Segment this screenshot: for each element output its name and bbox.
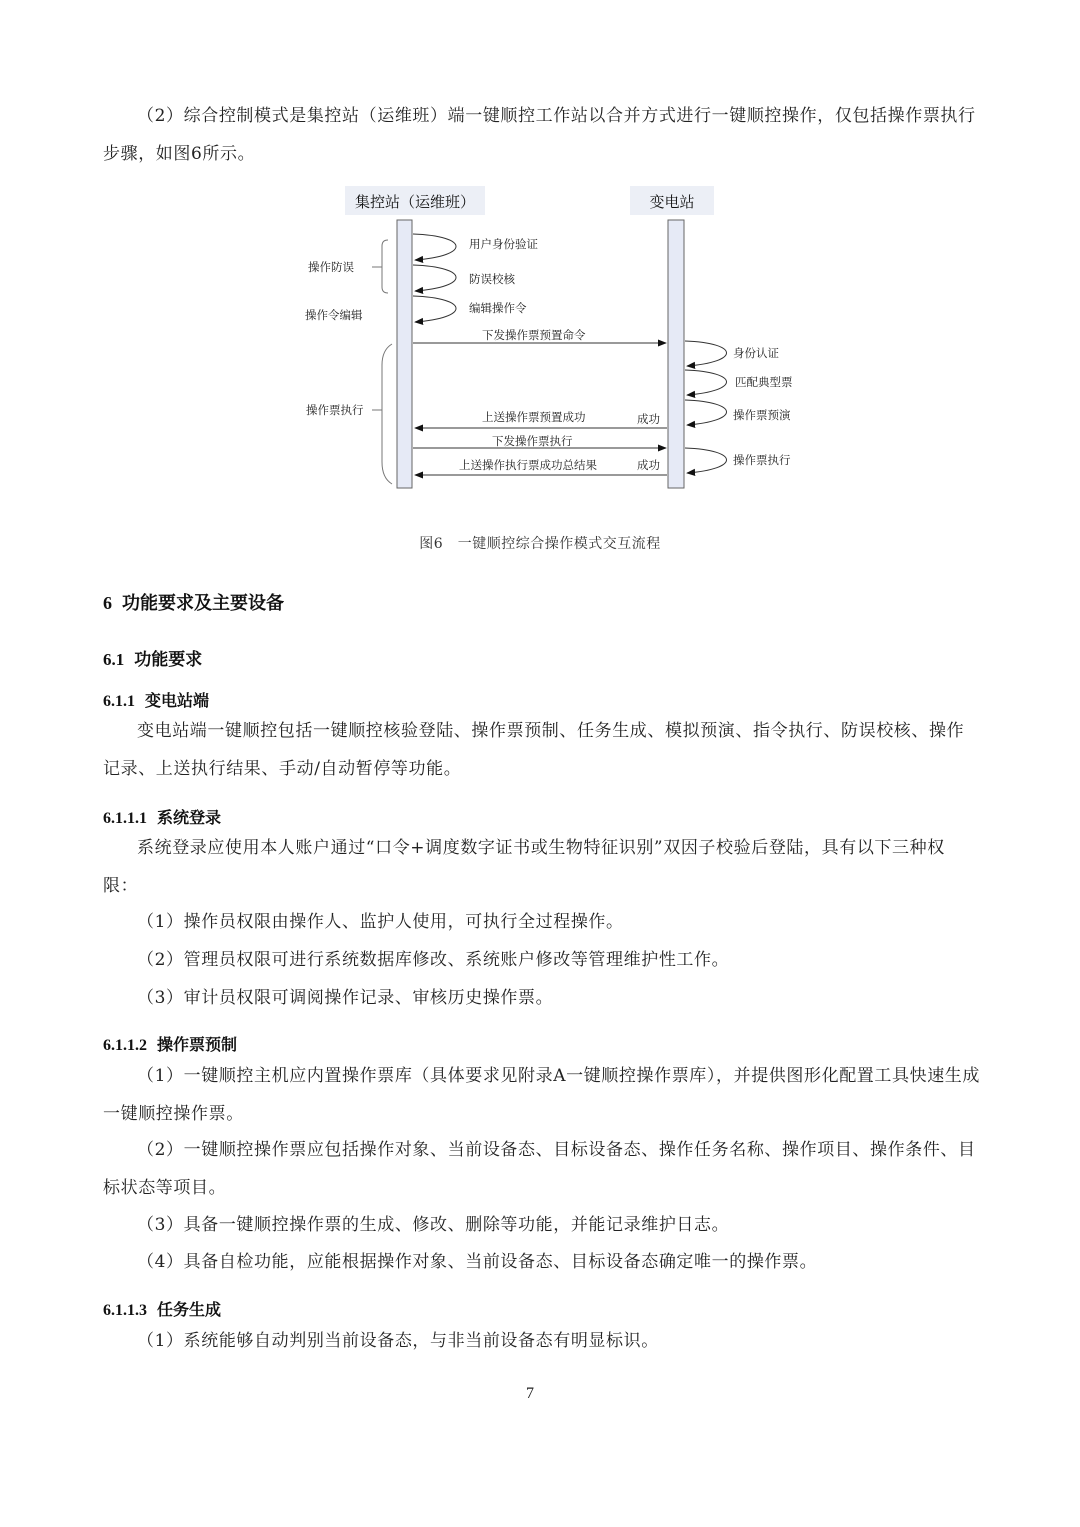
msg-send-execute: 下发操作票执行 (492, 434, 573, 448)
self-msg-mistake-check: 防误校核 (469, 272, 515, 286)
preset-item: （1）一键顺控主机应内置操作票库（具体要求见附录A一键顺控操作票库），并提供图形… (103, 1057, 980, 1133)
section-number: 6.1.1.1 (103, 810, 147, 827)
lifeline-label-control-center: 集控站（运维班） (355, 193, 475, 211)
section-6-1-1-3-heading: 6.1.1.3任务生成 (103, 1297, 221, 1320)
msg-preset-success: 上送操作票预置成功 (482, 410, 586, 424)
figure-caption: 图6 一键顺控综合操作模式交互流程 (0, 533, 1080, 553)
self-msg-user-auth: 用户身份验证 (469, 237, 538, 251)
permission-item: （2）管理员权限可进行系统数据库修改、系统账户修改等管理维护性工作。 (103, 941, 980, 979)
section-title: 操作票预制 (157, 1035, 237, 1054)
section-title: 功能要求 (134, 650, 202, 670)
self-arrow-mistake-check (413, 265, 456, 291)
section-title: 功能要求及主要设备 (122, 593, 284, 614)
self-arrow-ticket-rehearsal (685, 400, 727, 425)
group-label-ticket-execution: 操作票执行 (306, 403, 364, 417)
task-item: （1）系统能够自动判别当前设备态，与非当前设备态有明显标识。 (103, 1322, 980, 1360)
sequence-diagram: 集控站（运维班） 变电站 操作防误 操作令编辑 操作票执行 用户身份验证 防误校… (0, 0, 1080, 520)
section-6-1-1-2-heading: 6.1.1.2操作票预制 (103, 1032, 237, 1055)
section-title: 变电站端 (145, 691, 209, 710)
section-6-1-1-paragraph: 变电站端一键顺控包括一键顺控核验登陆、操作票预制、任务生成、模拟预演、指令执行、… (103, 712, 980, 788)
self-msg-ticket-rehearsal: 操作票预演 (733, 408, 792, 422)
lifeline-label-substation: 变电站 (649, 193, 694, 211)
self-arrow-identity (685, 341, 727, 366)
group-label-command-edit: 操作令编辑 (305, 308, 363, 322)
section-number: 6.1.1.3 (103, 1302, 147, 1319)
msg-status-success-1: 成功 (637, 412, 660, 426)
section-6-1-1-1-paragraph: 系统登录应使用本人账户通过“口令+调度数字证书或生物特征识别”双因子校验后登陆，… (103, 829, 980, 905)
self-msg-ticket-execute: 操作票执行 (733, 453, 791, 467)
section-number: 6.1.1.2 (103, 1037, 147, 1054)
preset-item: （3）具备一键顺控操作票的生成、修改、删除等功能，并能记录维护日志。 (103, 1206, 980, 1244)
lifeline-bar-substation (668, 220, 684, 488)
msg-status-success-2: 成功 (637, 458, 660, 472)
section-number: 6.1 (103, 650, 124, 669)
preset-item: （2）一键顺控操作票应包括操作对象、当前设备态、目标设备态、操作任务名称、操作项… (103, 1131, 980, 1207)
group-label-mistake-proof: 操作防误 (308, 260, 354, 274)
section-6-heading: 6功能要求及主要设备 (103, 589, 284, 615)
self-msg-identity: 身份认证 (733, 346, 779, 360)
permission-item: （1）操作员权限由操作人、监护人使用，可执行全过程操作。 (103, 903, 980, 941)
self-arrow-edit-command (413, 296, 456, 322)
msg-execute-result: 上送操作执行票成功总结果 (459, 458, 597, 472)
bracket-operation-mistake-proof (382, 240, 388, 293)
self-arrow-user-auth (413, 234, 456, 260)
self-arrow-ticket-execute (685, 448, 727, 473)
section-title: 系统登录 (157, 808, 221, 827)
self-msg-edit-command: 编辑操作令 (469, 301, 527, 315)
self-arrow-match-ticket (685, 370, 727, 395)
section-6-1-1-heading: 6.1.1变电站端 (103, 688, 209, 711)
section-title: 任务生成 (157, 1300, 221, 1319)
section-number: 6.1.1 (103, 693, 135, 710)
self-msg-match-ticket: 匹配典型票 (735, 375, 793, 389)
section-6-1-1-1-heading: 6.1.1.1系统登录 (103, 805, 221, 828)
msg-send-preset: 下发操作票预置命令 (482, 328, 586, 342)
preset-item: （4）具备自检功能，应能根据操作对象、当前设备态、目标设备态确定唯一的操作票。 (103, 1243, 980, 1281)
bracket-ticket-execution (382, 344, 392, 484)
permission-item: （3）审计员权限可调阅操作记录、审核历史操作票。 (103, 979, 980, 1017)
lifeline-bar-control-center (397, 220, 412, 488)
section-number: 6 (103, 593, 112, 613)
page-number: 7 (0, 1385, 1060, 1403)
section-6-1-heading: 6.1功能要求 (103, 645, 202, 670)
